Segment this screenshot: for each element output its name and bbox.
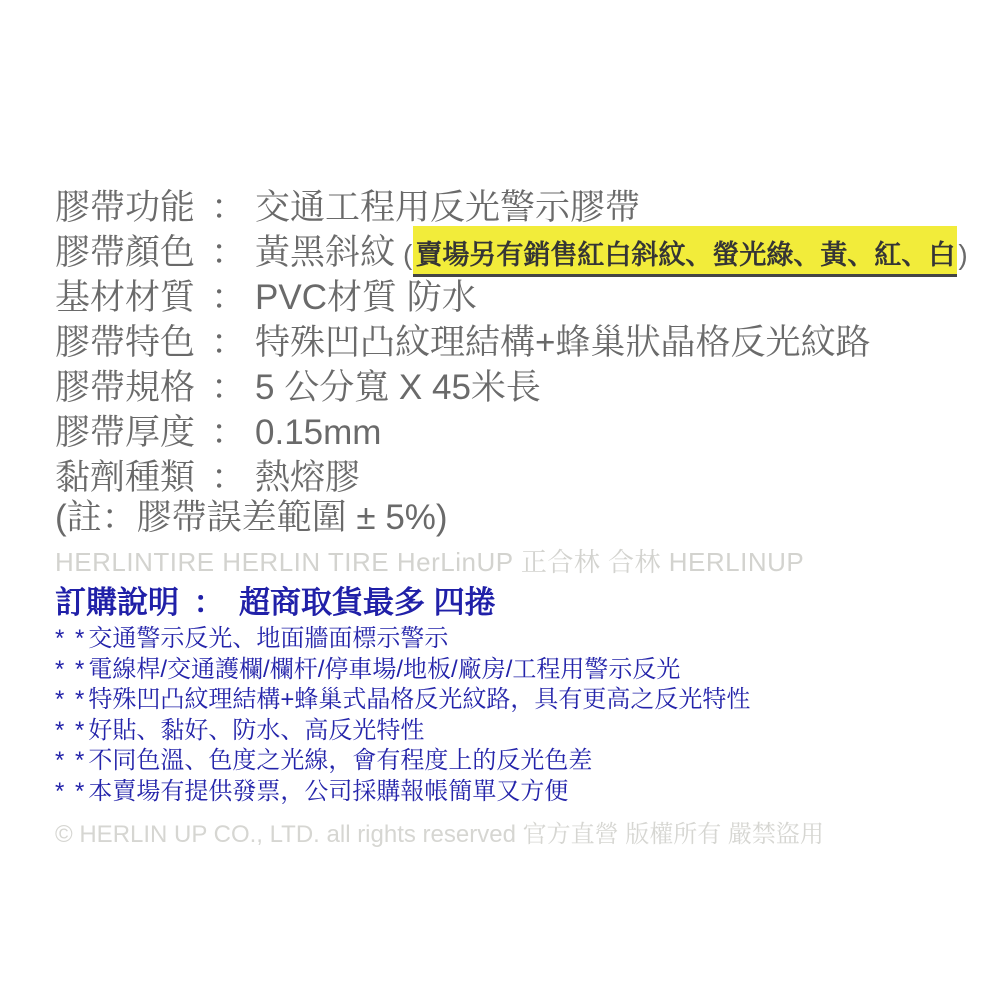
feature-item: * *本賣場有提供發票，公司採購報帳簡單又方便: [55, 777, 990, 808]
spec-colon: ：: [202, 315, 255, 365]
bullet-prefix: * *: [55, 625, 86, 652]
spec-value: 0.15mm: [255, 413, 381, 453]
feature-text: 特殊凹凸紋理結構+蜂巢式晶格反光紋路，具有更高之反光特性: [88, 686, 750, 713]
spec-label: 黏劑種類: [55, 450, 202, 500]
feature-item: * *交通警示反光、地面牆面標示警示: [55, 624, 990, 655]
spec-row-adhesive: 黏劑種類 ： 熱熔膠: [55, 450, 990, 495]
spec-value: PVC材質 防水: [255, 270, 477, 320]
spec-colon: ：: [202, 405, 255, 455]
spec-row-thickness: 膠帶厚度 ： 0.15mm: [55, 405, 990, 450]
feature-text: 不同色溫、色度之光線，會有程度上的反光色差: [88, 747, 592, 774]
spec-row-feature: 膠帶特色 ： 特殊凹凸紋理結構+蜂巢狀晶格反光紋路: [55, 315, 990, 360]
brand-watermark: HERLINTIRE HERLIN TIRE HerLinUP 正合林 合林 H…: [55, 546, 990, 578]
highlighted-color-note: 賣場另有銷售紅白斜紋、螢光綠、黃、紅、白: [413, 226, 957, 277]
spec-value: 交通工程用反光警示膠帶: [255, 180, 640, 230]
order-heading: 訂購說明 ： 超商取貨最多 四捲: [55, 583, 990, 623]
bullet-prefix: * *: [55, 717, 86, 744]
spec-label: 膠帶功能: [55, 180, 202, 230]
order-heading-value: 超商取貨最多 四捲: [239, 583, 496, 623]
bullet-prefix: * *: [55, 656, 86, 683]
note-paren-open: (: [403, 239, 412, 271]
spec-colon: ：: [202, 360, 255, 410]
feature-item: * *電線桿/交通護欄/欄杆/停車場/地板/廠房/工程用警示反光: [55, 655, 990, 686]
spec-colon: ：: [202, 180, 255, 230]
spec-value: 特殊凹凸紋理結構+蜂巢狀晶格反光紋路: [255, 315, 870, 365]
spec-list: 膠帶功能 ： 交通工程用反光警示膠帶 膠帶顏色 ： 黃黑斜紋 ( 賣場另有銷售紅…: [55, 180, 990, 495]
feature-text: 交通警示反光、地面牆面標示警示: [88, 625, 448, 652]
spec-label: 膠帶顏色: [55, 225, 202, 275]
bullet-prefix: * *: [55, 747, 86, 774]
spec-label: 膠帶特色: [55, 315, 202, 365]
spec-label: 膠帶規格: [55, 360, 202, 410]
order-heading-colon: ：: [179, 583, 239, 623]
spec-value: 熱熔膠: [255, 450, 360, 500]
tolerance-note: (註：膠帶誤差範圍 ± 5%): [55, 495, 990, 540]
feature-item: * *特殊凹凸紋理結構+蜂巢式晶格反光紋路，具有更高之反光特性: [55, 685, 990, 716]
feature-text: 本賣場有提供發票，公司採購報帳簡單又方便: [88, 778, 568, 805]
spec-row-size: 膠帶規格 ： 5 公分寬 X 45米長: [55, 360, 990, 405]
spec-row-color: 膠帶顏色 ： 黃黑斜紋 ( 賣場另有銷售紅白斜紋、螢光綠、黃、紅、白 ): [55, 225, 990, 270]
spec-label: 基材材質: [55, 270, 202, 320]
spec-label: 膠帶厚度: [55, 405, 202, 455]
spec-value: 5 公分寬 X 45米長: [255, 360, 541, 410]
order-heading-label: 訂購說明: [55, 583, 179, 623]
feature-list: * *交通警示反光、地面牆面標示警示 * *電線桿/交通護欄/欄杆/停車場/地板…: [55, 624, 990, 807]
note-paren-close: ): [958, 239, 967, 271]
spec-row-function: 膠帶功能 ： 交通工程用反光警示膠帶: [55, 180, 990, 225]
product-description-image: 膠帶功能 ： 交通工程用反光警示膠帶 膠帶顏色 ： 黃黑斜紋 ( 賣場另有銷售紅…: [0, 0, 1000, 1000]
feature-text: 好貼、黏好、防水、高反光特性: [88, 717, 424, 744]
bullet-prefix: * *: [55, 778, 86, 805]
spec-colon: ：: [202, 450, 255, 500]
feature-text: 電線桿/交通護欄/欄杆/停車場/地板/廠房/工程用警示反光: [88, 656, 680, 683]
feature-item: * *不同色溫、色度之光線，會有程度上的反光色差: [55, 746, 990, 777]
bullet-prefix: * *: [55, 686, 86, 713]
copyright-footer: © HERLIN UP CO., LTD. all rights reserve…: [55, 820, 990, 850]
spec-colon: ：: [202, 225, 255, 275]
spec-value: 黃黑斜紋: [255, 225, 395, 275]
content-block: 膠帶功能 ： 交通工程用反光警示膠帶 膠帶顏色 ： 黃黑斜紋 ( 賣場另有銷售紅…: [55, 180, 990, 850]
spec-colon: ：: [202, 270, 255, 320]
feature-item: * *好貼、黏好、防水、高反光特性: [55, 716, 990, 747]
